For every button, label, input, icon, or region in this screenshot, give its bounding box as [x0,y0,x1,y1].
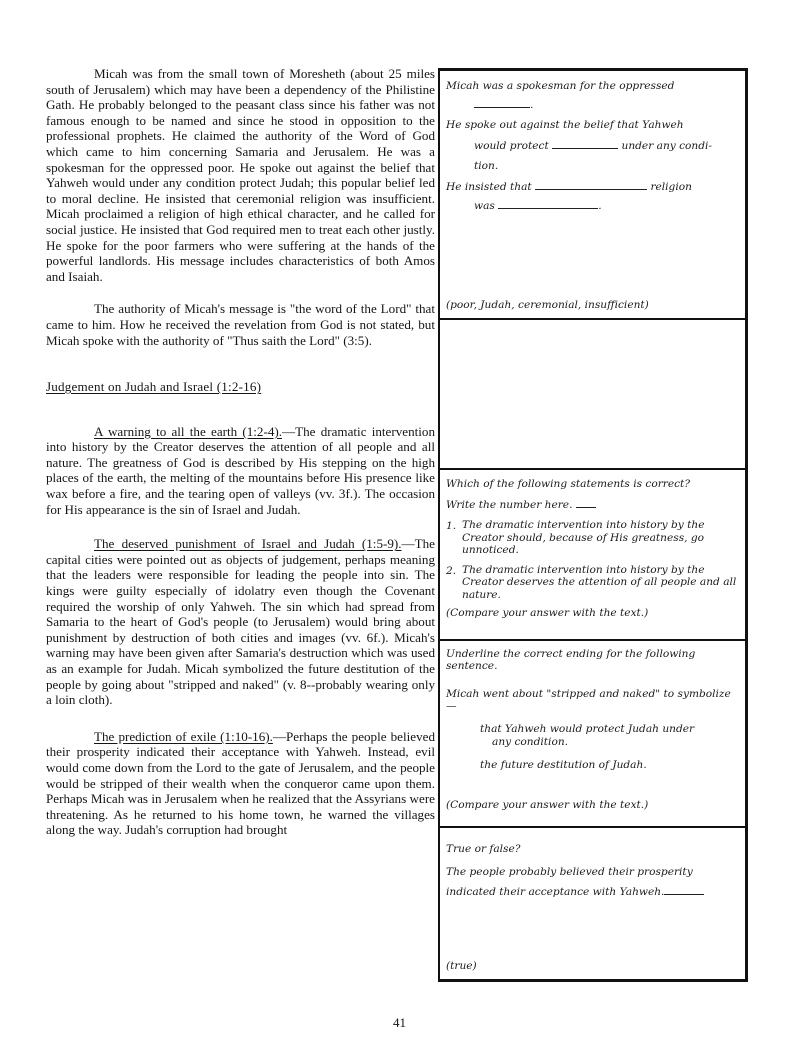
subsection-title: A warning to all the earth (1:2-4). [94,424,282,439]
subsection-warning: A warning to all the earth (1:2-4).—The … [46,424,435,518]
page-number: 41 [0,1015,799,1031]
answer-key: (true) [446,959,477,973]
ending-option-1[interactable]: that Yahweh would protect Judah under [446,722,739,736]
frame-true-false: True or false? The people probably belie… [440,826,745,979]
frame-multiple-choice: Which of the following statements is cor… [440,468,745,639]
question-text: Micah was a spokesman for the oppressed [446,79,739,93]
programmed-learning-panel: Micah was a spokesman for the oppressed … [438,68,748,982]
option-item: 1. The dramatic intervention into histor… [446,519,739,557]
question-text: True or false? [446,842,739,856]
subsection-title: The deserved punishment of Israel and Ju… [94,536,402,551]
instruction-text: Underline the correct ending for the fol… [446,648,739,672]
question-text: He spoke out against the belief that Yah… [446,118,739,132]
answer-blank[interactable] [474,97,530,108]
intro-paragraph: Micah was from the small town of Moreshe… [46,66,435,284]
answer-blank[interactable] [535,179,647,190]
footer-note: (Compare your answer with the text.) [446,606,739,620]
answer-blank[interactable] [498,198,598,209]
ending-option-1-cont[interactable]: any condition. [446,736,739,748]
subsection-body: —Perhaps the people believed their prosp… [46,729,435,838]
answer-blank[interactable] [552,138,618,149]
subsection-punishment: The deserved punishment of Israel and Ju… [46,536,435,708]
subsection-title: The prediction of exile (1:10-16). [94,729,273,744]
frame-underline-ending: Underline the correct ending for the fol… [440,639,745,826]
answer-key: (poor, Judah, ceremonial, insufficient) [446,298,649,312]
section-heading: Judgement on Judah and Israel (1:2-16) [46,379,435,395]
question-text: Which of the following statements is cor… [446,477,739,491]
main-text-column: Micah was from the small town of Moreshe… [46,66,435,838]
option-item: 2. The dramatic intervention into histor… [446,564,739,602]
subsection-body: —The capital cities were pointed out as … [46,536,435,707]
subsection-exile: The prediction of exile (1:10-16).—Perha… [46,729,435,838]
statement-text: The people probably believed their prosp… [446,866,693,898]
ending-option-2[interactable]: the future destitution of Judah. [446,758,739,772]
stem-text: Micah went about "stripped and naked" to… [446,688,739,712]
footer-note: (Compare your answer with the text.) [446,798,648,812]
authority-paragraph: The authority of Micah's message is "the… [46,301,435,348]
frame-fill-in-blanks: Micah was a spokesman for the oppressed … [440,71,745,318]
answer-blank[interactable] [664,884,704,895]
frame-empty [440,318,745,468]
answer-blank[interactable] [576,497,596,508]
